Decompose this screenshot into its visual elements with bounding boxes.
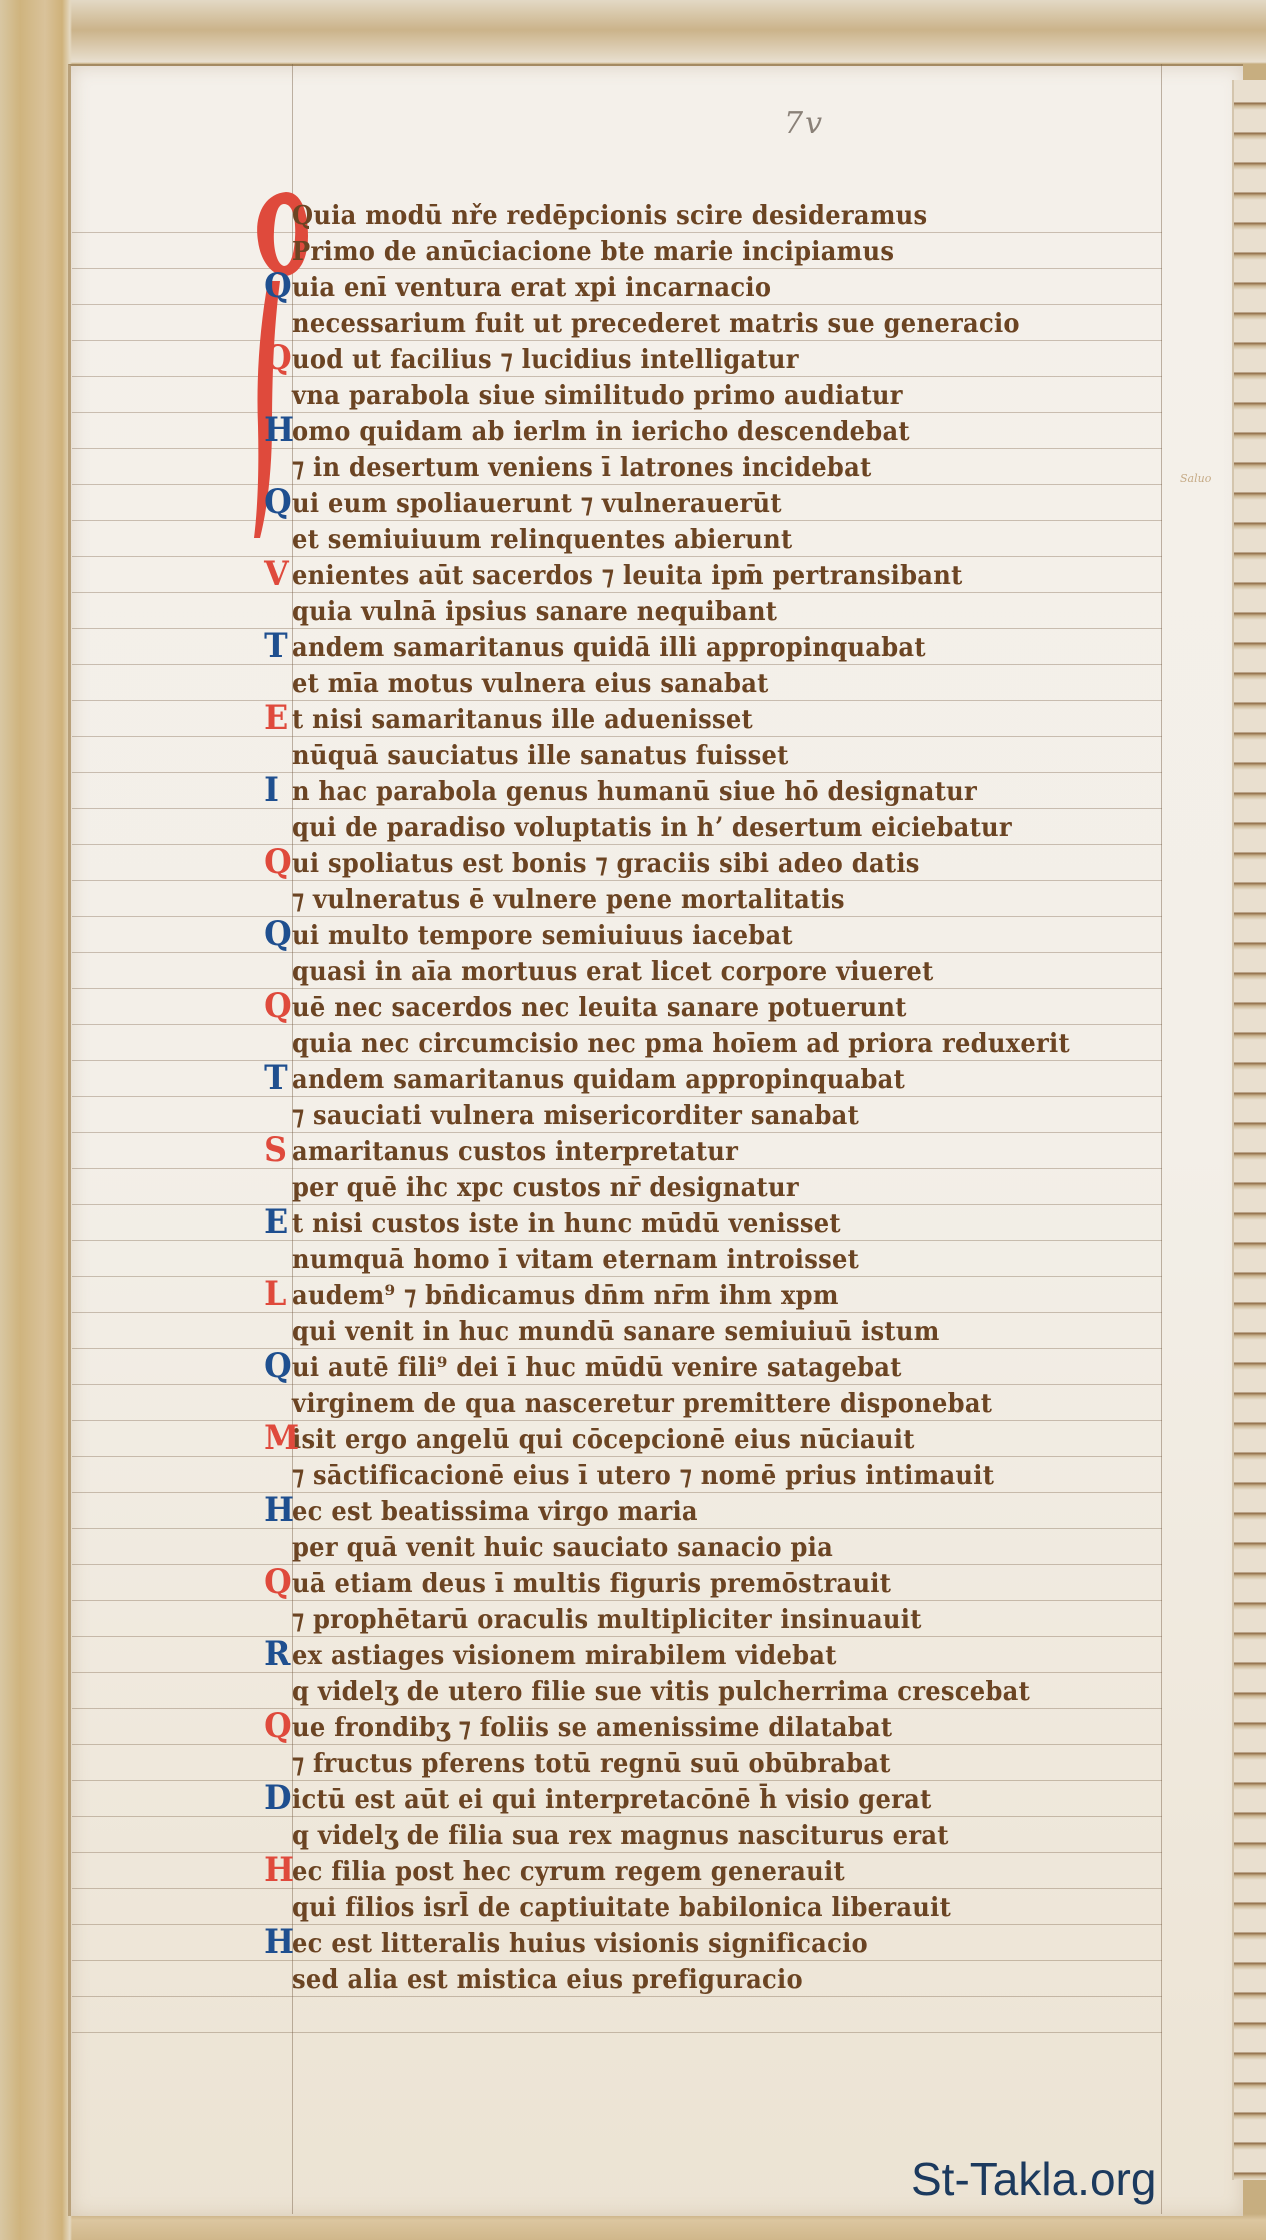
manuscript-line: numquā homo ī vitam eternam introisset [292,1242,1148,1278]
rubricated-initial: Q [264,1564,292,1600]
line-text: virginem de qua nasceretur premittere di… [292,1389,992,1419]
line-text: quia nec circumcisio nec pma hoīem ad pr… [292,1029,1070,1059]
manuscript-line: Tandem samaritanus quidā illi appropinqu… [292,630,1148,666]
manuscript-line: Et nisi samaritanus ille aduenisset [292,702,1148,738]
manuscript-line: Hec est beatissima virgo maria [292,1494,1148,1530]
manuscript-line: Quā etiam deus ī multis figuris premōstr… [292,1566,1148,1602]
line-text: q videlʒ de utero filie sue vitis pulche… [292,1677,1030,1707]
line-text: ictū est aūt ei qui interpretacōnē h̄ vi… [292,1785,932,1815]
manuscript-line: Quia modū nře redēpcionis scire desidera… [292,198,1148,234]
line-text: ui eum spoliauerunt ⁊ vulnerauerūt [292,489,782,519]
manuscript-line: ⁊ sauciati vulnera misericorditer sanaba… [292,1098,1148,1134]
rubricated-initial: Q [264,484,292,520]
line-text: qui venit in huc mundū sanare semiuiuū i… [292,1317,940,1347]
ruling-line [72,2032,1162,2033]
manuscript-line: qui filios isrl̄ de captiuitate babiloni… [292,1890,1148,1926]
line-text: ⁊ sāctificacionē eius ī utero ⁊ nomē pri… [292,1461,994,1491]
rubricated-initial: H [264,1852,294,1888]
manuscript-line: Tandem samaritanus quidam appropinquabat [292,1062,1148,1098]
line-text: quia vulnā ipsius sanare nequibant [292,597,777,627]
line-text: quasi in aīa mortuus erat licet corpore … [292,957,934,987]
line-text: ec filia post hec cyrum regem generauit [292,1857,845,1887]
manuscript-line: Quod ut facilius ⁊ lucidius intelligatur [292,342,1148,378]
manuscript-line: Hec est litteralis huius visionis signif… [292,1926,1148,1962]
manuscript-line: vna parabola siue similitudo primo audia… [292,378,1148,414]
line-text: numquā homo ī vitam eternam introisset [292,1245,859,1275]
manuscript-line: Venientes aūt sacerdos ⁊ leuita ipm̄ per… [292,558,1148,594]
line-text: uod ut facilius ⁊ lucidius intelligatur [292,345,799,375]
manuscript-line: per quē ihc xpc custos nr̄ designatur [292,1170,1148,1206]
manuscript-line: Quia enī ventura erat xpi incarnacio [292,270,1148,306]
line-text: andem samaritanus quidam appropinquabat [292,1065,905,1095]
manuscript-line: Quē nec sacerdos nec leuita sanare potue… [292,990,1148,1026]
manuscript-line: ⁊ vulneratus ē vulnere pene mortalitatis [292,882,1148,918]
line-text: ⁊ fructus pferens totū regnū suū obūbrab… [292,1749,891,1779]
line-text: amaritanus custos interpretatur [292,1137,738,1167]
rubricated-initial: Q [264,844,292,880]
manuscript-line: ⁊ prophētarū oraculis multipliciter insi… [292,1602,1148,1638]
line-text: necessarium fuit ut precederet matris su… [292,309,1020,339]
manuscript-line: Misit ergo angelū qui cōcepcionē eius nū… [292,1422,1148,1458]
manuscript-line: Homo quidam ab ierlm in iericho descende… [292,414,1148,450]
rubricated-initial: E [264,1204,288,1240]
line-text: audem⁹ ⁊ bn̄dicamus dn̄m nr̄m ihm xpm [292,1281,839,1311]
line-text: et semiuiuum relinquentes abierunt [292,525,792,555]
line-text: uē nec sacerdos nec leuita sanare potuer… [292,993,907,1023]
line-text: isit ergo angelū qui cōcepcionē eius nūc… [292,1425,915,1455]
rubricated-initial: V [264,556,289,592]
line-text: Primo de anūciacione bte marie incipiamu… [292,237,894,267]
line-text: nūquā sauciatus ille sanatus fuisset [292,741,789,771]
watermark: St-Takla.org [911,2152,1156,2206]
rubricated-initial: Q [264,1348,292,1384]
adjacent-folio-edge [1232,80,1266,2180]
manuscript-line: ⁊ sāctificacionē eius ī utero ⁊ nomē pri… [292,1458,1148,1494]
line-text: t nisi custos iste in hunc mūdū venisset [292,1209,841,1239]
rubricated-initial: E [264,700,288,736]
manuscript-line: Samaritanus custos interpretatur [292,1134,1148,1170]
line-text: Quia modū nře redēpcionis scire desidera… [292,201,927,231]
rubricated-initial: S [264,1132,287,1168]
line-text: ue frondibʒ ⁊ foliis se amenissime dilat… [292,1713,892,1743]
rubricated-initial: T [264,628,288,664]
line-text: per quā venit huic sauciato sanacio pia [292,1533,833,1563]
rubricated-initial: M [264,1420,299,1456]
line-text: ui spoliatus est bonis ⁊ graciis sibi ad… [292,849,920,879]
line-text: et mīa motus vulnera eius sanabat [292,669,769,699]
rubricated-initial: H [264,1924,294,1960]
line-text: ec est litteralis huius visionis signifi… [292,1929,868,1959]
line-text: enientes aūt sacerdos ⁊ leuita ipm̄ pert… [292,561,963,591]
manuscript-line: et mīa motus vulnera eius sanabat [292,666,1148,702]
manuscript-line: quia nec circumcisio nec pma hoīem ad pr… [292,1026,1148,1062]
line-text: vna parabola siue similitudo primo audia… [292,381,903,411]
manuscript-text-column: Quia modū nře redēpcionis scire desidera… [292,198,1212,1998]
rubricated-initial: I [264,772,279,808]
rubricated-initial: Q [264,1708,292,1744]
line-text: ⁊ sauciati vulnera misericorditer sanaba… [292,1101,859,1131]
rubricated-initial: H [264,412,294,448]
line-text: ui autē fili⁹ dei ī huc mūdū venire sata… [292,1353,902,1383]
line-text: qui filios isrl̄ de captiuitate babiloni… [292,1893,951,1923]
manuscript-line: virginem de qua nasceretur premittere di… [292,1386,1148,1422]
manuscript-line: qui de paradiso voluptatis in hʼ desertu… [292,810,1148,846]
manuscript-line: Laudem⁹ ⁊ bn̄dicamus dn̄m nr̄m ihm xpm [292,1278,1148,1314]
manuscript-line: ⁊ in desertum veniens ī latrones incideb… [292,450,1148,486]
manuscript-line: Qui eum spoliauerunt ⁊ vulnerauerūt [292,486,1148,522]
manuscript-line: per quā venit huic sauciato sanacio pia [292,1530,1148,1566]
rubricated-initial: L [264,1276,287,1312]
manuscript-line: Hec filia post hec cyrum regem generauit [292,1854,1148,1890]
line-text: t nisi samaritanus ille aduenisset [292,705,753,735]
line-text: ec est beatissima virgo maria [292,1497,698,1527]
manuscript-line: Dictū est aūt ei qui interpretacōnē h̄ v… [292,1782,1148,1818]
manuscript-line: Qui multo tempore semiuiuus iacebat [292,918,1148,954]
rubricated-initial: H [264,1492,294,1528]
manuscript-line: et semiuiuum relinquentes abierunt [292,522,1148,558]
manuscript-line: Qui autē fili⁹ dei ī huc mūdū venire sat… [292,1350,1148,1386]
rubricated-initial: R [264,1636,291,1672]
line-text: andem samaritanus quidā illi appropinqua… [292,633,926,663]
line-text: ui multo tempore semiuiuus iacebat [292,921,793,951]
line-text: uia enī ventura erat xpi incarnacio [292,273,771,303]
rubricated-initial: Q [264,268,292,304]
manuscript-line: quia vulnā ipsius sanare nequibant [292,594,1148,630]
manuscript-line: nūquā sauciatus ille sanatus fuisset [292,738,1148,774]
manuscript-line: Primo de anūciacione bte marie incipiamu… [292,234,1148,270]
folio-number: 7v [784,106,824,141]
rubricated-initial: D [264,1780,292,1816]
line-text: ex astiages visionem mirabilem videbat [292,1641,837,1671]
line-text: uā etiam deus ī multis figuris premōstra… [292,1569,891,1599]
manuscript-line: quasi in aīa mortuus erat licet corpore … [292,954,1148,990]
manuscript-line: Rex astiages visionem mirabilem videbat [292,1638,1148,1674]
line-text: ⁊ in desertum veniens ī latrones incideb… [292,453,872,483]
manuscript-line: In hac parabola genus humanū siue hō des… [292,774,1148,810]
manuscript-line: Qui spoliatus est bonis ⁊ graciis sibi a… [292,846,1148,882]
rubricated-initial: T [264,1060,288,1096]
rubricated-initial: Q [264,916,292,952]
rubricated-initial: Q [264,340,292,376]
line-text: omo quidam ab ierlm in iericho descendeb… [292,417,910,447]
line-text: n hac parabola genus humanū siue hō desi… [292,777,977,807]
manuscript-line: Que frondibʒ ⁊ foliis se amenissime dila… [292,1710,1148,1746]
manuscript-line: necessarium fuit ut precederet matris su… [292,306,1148,342]
rubricated-initial: Q [264,988,292,1024]
line-text: qui de paradiso voluptatis in hʼ desertu… [292,813,1012,843]
manuscript-line: q videlʒ de filia sua rex magnus nascitu… [292,1818,1148,1854]
line-text: ⁊ prophētarū oraculis multipliciter insi… [292,1605,922,1635]
manuscript-line: sed alia est mistica eius prefiguracio [292,1962,1148,1998]
manuscript-line: Et nisi custos iste in hunc mūdū venisse… [292,1206,1148,1242]
line-text: sed alia est mistica eius prefiguracio [292,1965,803,1995]
manuscript-line: qui venit in huc mundū sanare semiuiuū i… [292,1314,1148,1350]
line-text: q videlʒ de filia sua rex magnus nascitu… [292,1821,949,1851]
manuscript-line: q videlʒ de utero filie sue vitis pulche… [292,1674,1148,1710]
line-text: ⁊ vulneratus ē vulnere pene mortalitatis [292,885,845,915]
line-text: per quē ihc xpc custos nr̄ designatur [292,1173,799,1203]
manuscript-line: ⁊ fructus pferens totū regnū suū obūbrab… [292,1746,1148,1782]
